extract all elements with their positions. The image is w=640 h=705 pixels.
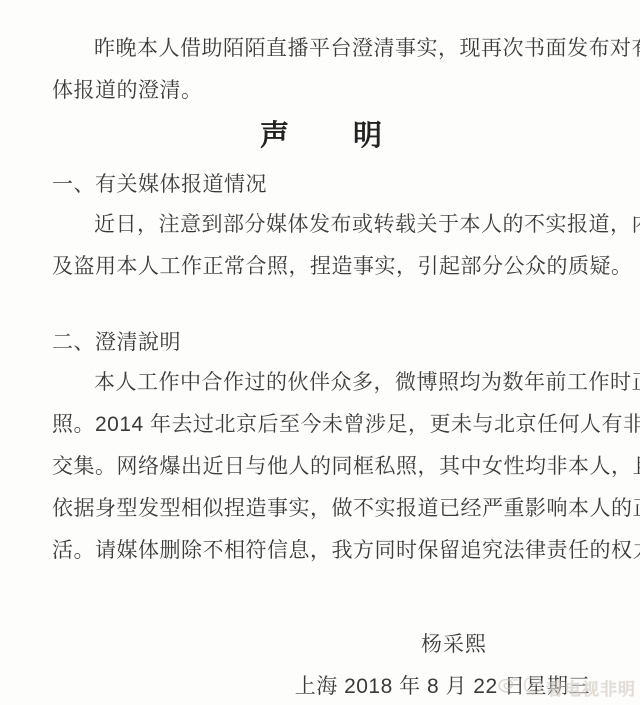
signature-name: 杨采熙 [52,630,592,660]
weibo-watermark: 看电视非明 [496,674,636,701]
section-1-paragraph: 近日，注意到部分媒体发布或转载关于本人的不实报道，内容涉 及盗用本人工作正常合照… [52,204,592,288]
section-1-line-2: 及盗用本人工作正常合照，捏造事实，引起部分公众的质疑。 [52,246,592,288]
watermark-badge-icon [523,675,543,700]
intro-line-2: 体报道的澄清。 [52,70,592,112]
document-title: 声 明 [52,118,592,154]
section-2-line-5: 活。请媒体删除不相符信息，我方同时保留追究法律责任的权力。 [52,530,592,572]
section-2-line-4: 依据身型发型相似捏造事实，做不实报道已经严重影响本人的正常生 [52,488,592,530]
section-2-paragraph: 本人工作中合作过的伙伴众多，微博照均为数年前工作时正常合 照。2014 年去过北… [52,362,592,572]
intro-paragraph: 昨晚本人借助陌陌直播平台澄清事实，现再次书面发布对有关媒 体报道的澄清。 [52,28,592,112]
section-2-line-1: 本人工作中合作过的伙伴众多，微博照均为数年前工作时正常合 [52,362,592,404]
section-1-line-1: 近日，注意到部分媒体发布或转载关于本人的不实报道，内容涉 [52,204,592,246]
section-2-heading: 二、澄清說明 [52,328,592,358]
intro-line-1: 昨晚本人借助陌陌直播平台澄清事实，现再次书面发布对有关媒 [52,28,592,70]
section-2-line-3: 交集。网络爆出近日与他人的同框私照，其中女性均非本人，且媒体 [52,446,592,488]
section-1-heading: 一、有关媒体报道情况 [52,170,592,200]
watermark-spiral-logo-icon [496,674,520,701]
statement-document: 昨晚本人借助陌陌直播平台澄清事实，现再次书面发布对有关媒 体报道的澄清。 声 明… [0,0,640,705]
watermark-text: 看电视非明 [546,675,636,700]
section-2-line-2: 照。2014 年去过北京后至今未曾涉足，更未与北京任何人有非工作 [52,404,592,446]
